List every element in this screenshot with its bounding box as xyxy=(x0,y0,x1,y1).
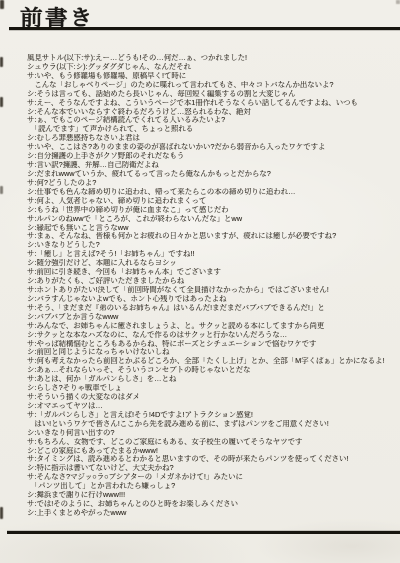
dialogue-line: サ:えー、そうなんですよね、こういうページで本1冊作れそうなくらい話してるんです… xyxy=(27,99,397,108)
dialogue-line: シ:特に指示は書いてないけど、大丈夫かね? xyxy=(27,464,397,473)
dialogue-line: シ:そんな本でいいならすぐ終わるだろうけど…怒られるわな、絶対 xyxy=(27,108,397,117)
dialogue-line: シ:そうは言っても、話始めたら長いじゃん、毎回短く編集するの割と大変じゃん xyxy=(27,90,397,99)
bottom-divider xyxy=(7,531,400,534)
dialogue-line: サ:いや、もう修羅場も修羅場、原稿早く!て時に xyxy=(27,72,397,81)
dialogue-line: シ:上手くまとめやがったwww xyxy=(27,509,397,518)
scan-artifact xyxy=(0,186,3,194)
scanned-page: 前書き 風見サトル(以下:サ):えー…どうも!その…何だ…ぁ、つかれました!シュ… xyxy=(0,0,400,563)
dialogue-line: シ:バラすんじゃないよwでも、ホント心残りではあったよね xyxy=(27,295,397,304)
title-divider xyxy=(9,27,400,30)
dialogue-line: シ:バブバブとか言うなwww xyxy=(27,313,397,322)
dialogue-line: サ:「癒し」と言えば?そう!「お姉ちゃん」ですね!! xyxy=(27,250,397,259)
dialogue-line: シ:仕事でも色んな締め切りに追われ、帰って来たらこの本の締め切りに追われ… xyxy=(27,188,397,197)
dialogue-line: シ:舞浜まで謝りに行けwww!!! xyxy=(27,491,397,500)
dialogue-line: はい!というワケで皆さん!ここから先を読み進める前に、まずはパンツをご用意くださ… xyxy=(27,420,397,429)
dialogue-line: サ:ぁ、でもこのページ結構読んでくれてる人いるみたいよ? xyxy=(27,116,397,125)
dialogue-line: サ:タイミングは、読み進めるとわかると思いますので、その時が来たらパンツを使って… xyxy=(27,455,397,464)
dialogue-line: サ:ルパンのねwwで「ところが、これが終わらないんだな」とww xyxy=(27,215,397,224)
dialogue-line: シ:いきなりどうした? xyxy=(27,241,397,250)
dialogue-line: サ:あとは、何か「ガルパンらしさ」を…とね xyxy=(27,375,397,384)
dialogue-line: サ:何よ、人気者じゃない、締め切りに追われまくって xyxy=(27,197,397,206)
scan-artifact xyxy=(0,57,3,67)
dialogue-line: サ:何?どうしたのよ? xyxy=(27,179,397,188)
dialogue-line: シ:前回と同じようになっちゃいけないしね xyxy=(27,348,397,357)
dialogue-line: 「読んでます」て声かけられて、ちょっと照れる xyxy=(27,125,397,134)
dialogue-line: 「パンツ出して」とか言われたら嫌っしょ? xyxy=(27,482,397,491)
dialogue-line: サ:「ガルパンらしさ」と言えば!そう!4Dですよ!アトラクション感覚! xyxy=(27,411,397,420)
dialogue-line: シ:あぁ…それならいっそ、そういうコンセプトの時じゃないとだな xyxy=(27,366,397,375)
dialogue-line: サ:前回に引き続き、今回も「お姉ちゃん本」でございます xyxy=(27,268,397,277)
dialogue-line: サ:みんなで、お姉ちゃんに癒されましょうよ、と。サクッと読める本にしてますから尚… xyxy=(27,322,397,331)
dialogue-line: シュウラ(以下:シ):グッダグダじゃん、なんだそれ xyxy=(27,63,397,72)
dialogue-line: サ:まぁ、そんなね、皆様も何かとお疲れの日々かと思いますが、疲れには癒しが必要で… xyxy=(27,232,397,241)
dialogue-line: シ:ありがたくも、ご好評いただきましたからね xyxy=(27,277,397,286)
dialogue-line: サ:いや、ここはさ?ありのままの姿のが喜ばれないかい?だから弱音から入ったワケで… xyxy=(27,143,397,152)
dialogue-line: シ:いきなり何言い出すの? xyxy=(27,429,397,438)
dialogue-line: サ:そんなさ?マジッ○ラ○プシアターの「メガネかけて!」みたいに xyxy=(27,473,397,482)
dialogue-line: サ:もちろん、女物です、どこのご家庭にもある、女子校生の履いてそうなヤツです xyxy=(27,438,397,447)
scan-artifact xyxy=(396,0,400,4)
dialogue-line: こんな「おしゃべりページ」のために喋れって言われてもさ、中々コトバなんか出ないよ… xyxy=(27,81,397,90)
dialogue-line: サ:そう、「まだまだ『弟のいるお姉ちゃん』はいるんだ!まだまだバブバブできるんだ… xyxy=(27,304,397,313)
dialogue-line: シ:縁起でも無いこと言うなww xyxy=(27,224,397,233)
dialogue-text: 風見サトル(以下:サ):えー…どうも!その…何だ…ぁ、つかれました!シュウラ(以… xyxy=(27,54,397,518)
dialogue-line: シ:サクッとな本なハズなのに、なんで作るのはサクッと行かないんだろうな… xyxy=(27,331,397,340)
dialogue-line: シ:だまれwwwていうか、疲れてるって言ったら俺なんかもっとだからな? xyxy=(27,170,397,179)
dialogue-line: サ:では!そのように、お姉ちゃんとのひと時をお楽しみください xyxy=(27,500,397,509)
dialogue-line: シ:どこの家庭にもあってたまるかwww! xyxy=(27,447,397,456)
dialogue-line: サ:言い訳?擁護、弁解…自己防衛だよね xyxy=(27,161,397,170)
dialogue-line: サ:やっぱ結構悩むところもあるからね、特にポーズとシチュエーションで悩むワケです xyxy=(27,340,397,349)
dialogue-line: サ:そういう描くの大変なのはダメ xyxy=(27,393,397,402)
scan-artifact xyxy=(0,0,4,9)
dialogue-line: シ:オマエってヤツは… xyxy=(27,402,397,411)
scan-artifact xyxy=(0,97,3,107)
dialogue-line: サ:何も考えなかったら前回とかぶるどころか、全部「たくし上げ」とか、全部「M字く… xyxy=(27,357,397,366)
dialogue-line: シ:らしさ?そりゃ戦車でしょ xyxy=(27,384,397,393)
dialogue-line: シ:むしろ罪悪感持ちなさいよ君は xyxy=(27,134,397,143)
dialogue-line: シ:もうね「世界中の締め切りが俺に血まなこ」って感じだわ xyxy=(27,206,397,215)
scan-artifact xyxy=(0,507,3,519)
dialogue-line: シ:自分擁護の上手さがクソ野郎のそれだなもう xyxy=(27,152,397,161)
dialogue-line: シ:随分強引だけど、本題に入れるならヨシッ xyxy=(27,259,397,268)
dialogue-line: サ:ホントありがたい!決して「前回時間がなくて全員描けなかったから」ではございま… xyxy=(27,286,397,295)
dialogue-line: 風見サトル(以下:サ):えー…どうも!その…何だ…ぁ、つかれました! xyxy=(27,54,397,63)
